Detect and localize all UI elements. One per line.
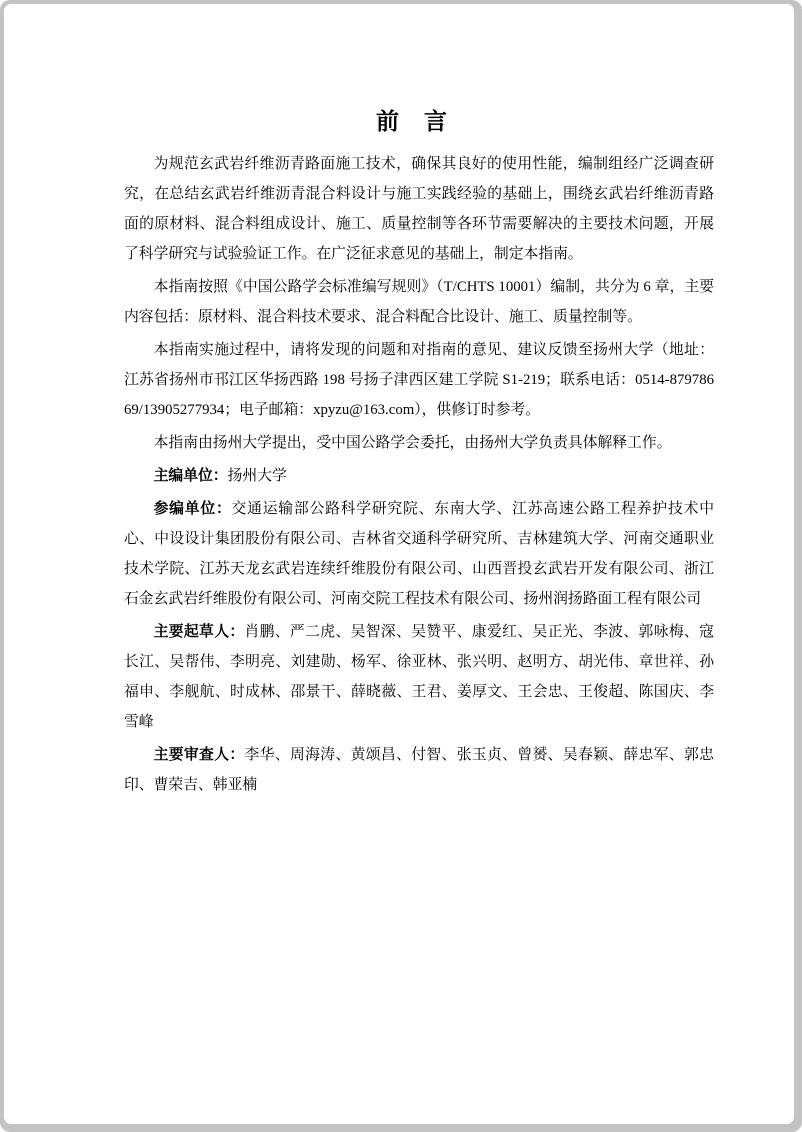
chief-editor-unit-row: 主编单位：扬州大学 xyxy=(124,461,714,491)
preface-content: 前 言 为规范玄武岩纤维沥青路面施工技术，确保其良好的使用性能，编制组经广泛调查… xyxy=(124,103,714,800)
preface-paragraph-intro: 为规范玄武岩纤维沥青路面施工技术，确保其良好的使用性能，编制组经广泛调查研究，在… xyxy=(124,149,714,269)
preface-paragraph-attribution: 本指南由扬州大学提出，受中国公路学会委托，由扬州大学负责具体解释工作。 xyxy=(124,428,714,458)
paragraph-text: 本指南按照《中国公路学会标准编写规则》（T/CHTS 10001）编制，共分为 … xyxy=(124,279,714,325)
preface-paragraph-feedback: 本指南实施过程中，请将发现的问题和对指南的意见、建议反馈至扬州大学（地址：江苏省… xyxy=(124,335,714,425)
main-reviewers-label: 主要审查人： xyxy=(154,747,245,763)
document-page: 前 言 为规范玄武岩纤维沥青路面施工技术，确保其良好的使用性能，编制组经广泛调查… xyxy=(4,4,794,1124)
paragraph-text: 本指南由扬州大学提出，受中国公路学会委托，由扬州大学负责具体解释工作。 xyxy=(154,435,672,451)
chief-editor-unit-value: 扬州大学 xyxy=(228,468,287,484)
co-editor-units-row: 参编单位：交通运输部公路科学研究院、东南大学、江苏高速公路工程养护技术中心、中设… xyxy=(124,494,714,614)
main-reviewers-row: 主要审查人：李华、周海涛、黄颂昌、付智、张玉贞、曾赟、吴春颖、薛忠军、郭忠印、曹… xyxy=(124,740,714,800)
paragraph-text: 为规范玄武岩纤维沥青路面施工技术，确保其良好的使用性能，编制组经广泛调查研究，在… xyxy=(124,156,714,262)
chief-editor-unit-label: 主编单位： xyxy=(154,468,228,484)
page-shadow-frame: 前 言 为规范玄武岩纤维沥青路面施工技术，确保其良好的使用性能，编制组经广泛调查… xyxy=(0,0,802,1132)
main-drafters-label: 主要起草人： xyxy=(154,624,245,640)
paragraph-text: 本指南实施过程中，请将发现的问题和对指南的意见、建议反馈至扬州大学（地址：江苏省… xyxy=(124,342,714,418)
preface-paragraph-structure: 本指南按照《中国公路学会标准编写规则》（T/CHTS 10001）编制，共分为 … xyxy=(124,272,714,332)
page-title: 前 言 xyxy=(110,103,714,139)
co-editor-units-label: 参编单位： xyxy=(154,501,232,517)
main-drafters-row: 主要起草人：肖鹏、严二虎、吴智深、吴赞平、康爱红、吴正光、李波、郭咏梅、寇长江、… xyxy=(124,617,714,737)
